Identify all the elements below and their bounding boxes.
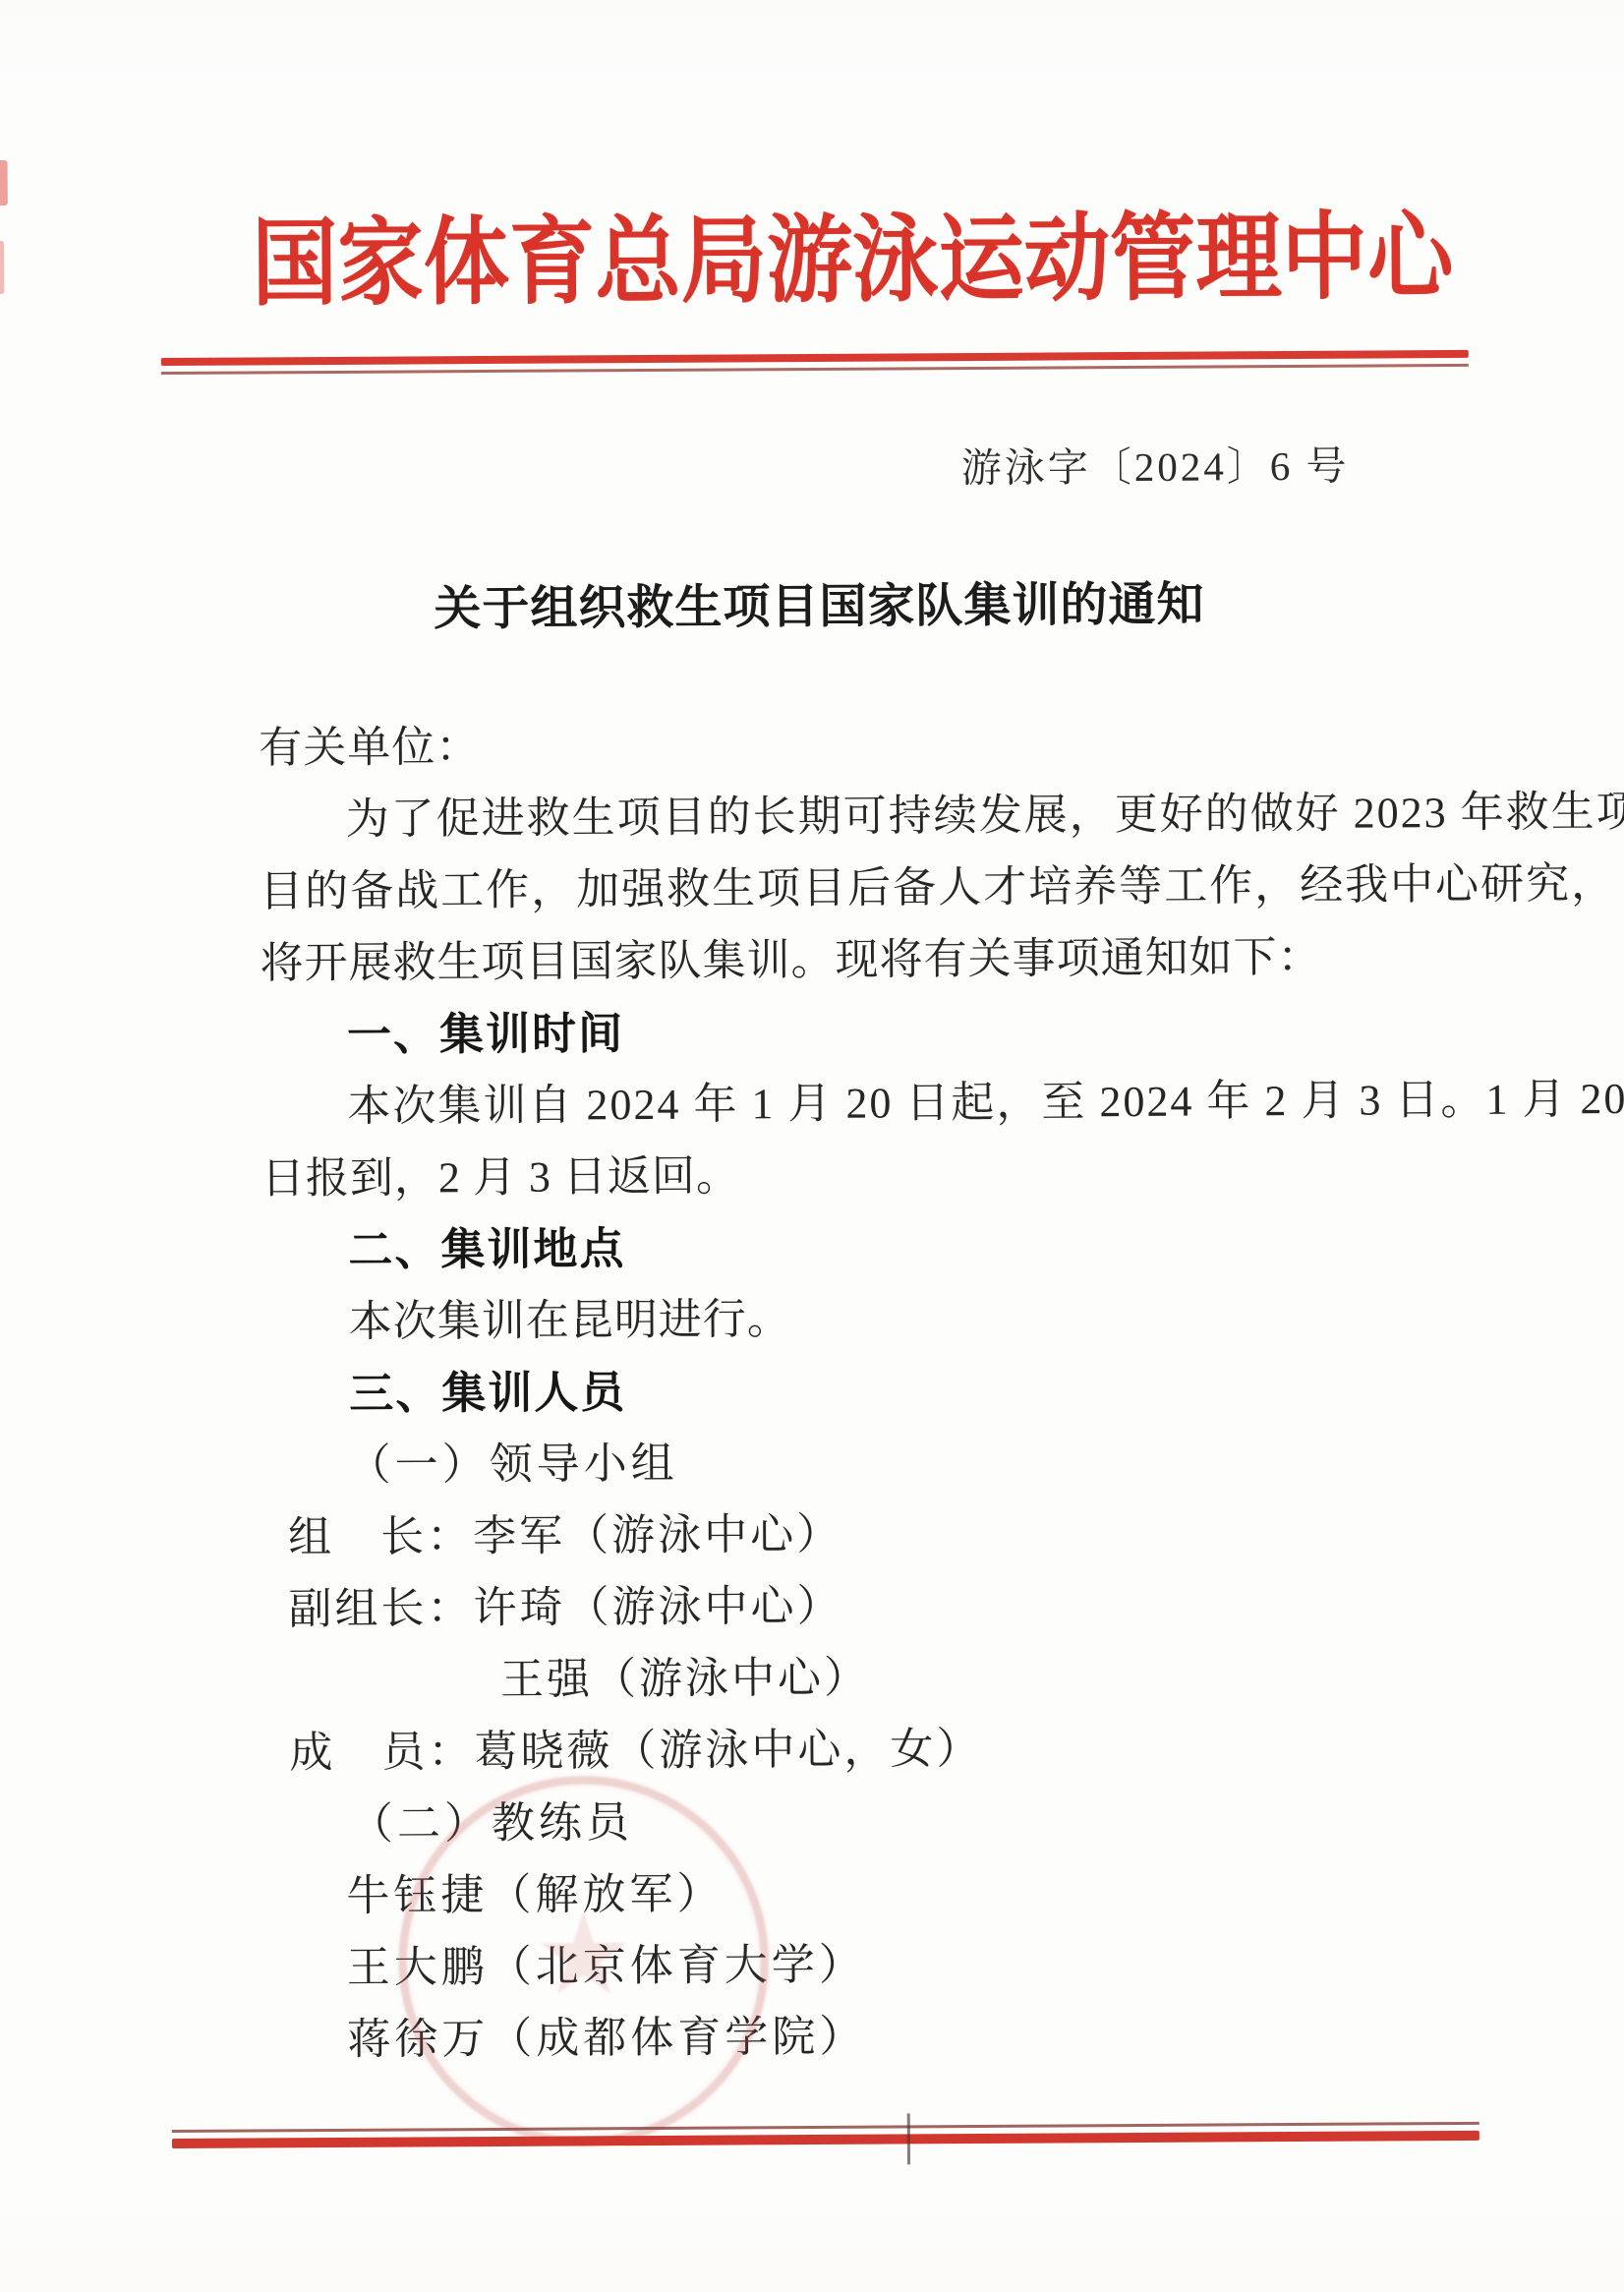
member-line: 副组长：许琦（游泳中心）	[288, 1566, 1421, 1645]
footer-separator	[172, 2122, 1479, 2148]
doc-line: 日报到，2 月 3 日返回。	[261, 1136, 1420, 1214]
member-line: 王强（游泳中心）	[500, 1638, 1422, 1716]
document-title: 关于组织救生项目国家队集训的通知	[7, 563, 1624, 641]
doc-line: 本次集训自 2024 年 1 月 20 日起，至 2024 年 2 月 3 日。…	[261, 1064, 1419, 1143]
section-heading-2: 二、集训地点	[348, 1207, 1420, 1286]
section-heading-1: 一、集训时间	[347, 992, 1419, 1071]
document-page: 国家体育总局游泳运动管理中心 游泳字〔2024〕6 号 关于组织救生项目国家队集…	[0, 0, 1624, 2292]
section-heading-3: 三、集训人员	[349, 1351, 1421, 1430]
coach-line: 蒋徐万（成都体育学院）	[347, 1997, 1424, 2076]
subsection-heading-1: （一）领导小组	[347, 1423, 1421, 1501]
scanned-sheet: 国家体育总局游泳运动管理中心 游泳字〔2024〕6 号 关于组织救生项目国家队集…	[0, 0, 1624, 2292]
doc-line: 为了促进救生项目的长期可持续发展，更好的做好 2023 年救生项	[259, 777, 1417, 855]
doc-line: 本次集训在昆明进行。	[262, 1279, 1421, 1358]
subsection-heading-2: （二）教练员	[350, 1782, 1423, 1860]
masthead-title: 国家体育总局游泳运动管理中心	[122, 205, 1584, 319]
salutation-line: 有关单位：	[259, 705, 1417, 784]
member-line: 成 员：葛晓薇（游泳中心，女）	[289, 1710, 1422, 1789]
scan-artifact	[0, 160, 8, 206]
coach-line: 王大鹏（北京体育大学）	[347, 1925, 1424, 2004]
coach-line: 牛钰捷（解放军）	[346, 1853, 1423, 1932]
doc-line: 将开展救生项目国家队集训。现将有关事项通知如下：	[260, 920, 1418, 999]
member-line: 组 长：李军（游泳中心）	[288, 1495, 1421, 1573]
document-body: 有关单位： 为了促进救生项目的长期可持续发展，更好的做好 2023 年救生项 目…	[259, 705, 1424, 2076]
scan-artifact	[0, 241, 4, 294]
masthead-separator	[161, 350, 1469, 375]
document-number: 游泳字〔2024〕6 号	[961, 434, 1350, 494]
doc-line: 目的备战工作，加强救生项目后备人才培养等工作，经我中心研究，	[260, 849, 1418, 927]
